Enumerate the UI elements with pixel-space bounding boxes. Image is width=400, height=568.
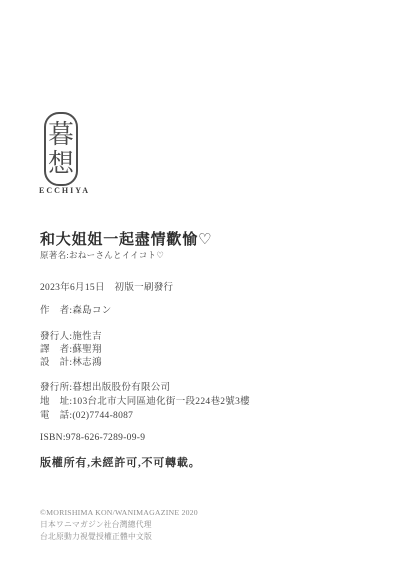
- seal-character-bottom: 想: [48, 150, 74, 178]
- copyright-line: ©MORISHIMA KON/WANIMAGAZINE 2020: [40, 507, 198, 519]
- rights-notice: 版權所有,未經許可,不可轉載。: [40, 454, 201, 470]
- translator-line: 譯 者:蘇聖翔: [40, 344, 102, 357]
- staff-block: 發行人:施性吉 譯 者:蘇聖翔 設 計:林志鴻: [40, 331, 102, 370]
- publisher-logo-caption: ECCHIYA: [39, 186, 90, 195]
- edition-date-line: 2023年6月15日 初版一刷發行: [40, 279, 173, 293]
- author-line: 作 者:森島コン: [40, 302, 112, 316]
- book-title: 和大姐姐一起盡情歡愉♡: [40, 228, 212, 249]
- publisher-line: 發行所:暮想出版股份有限公司: [40, 381, 250, 395]
- seal-character-top: 暮: [48, 121, 74, 149]
- isbn-line: ISBN:978-626-7289-09-9: [40, 433, 145, 443]
- address-line: 地 址:103台北市大同區迪化街一段224巷2號3樓: [40, 395, 250, 409]
- phone-line: 電 話:(02)7744-8087: [40, 409, 250, 423]
- issuer-line: 發行人:施性吉: [40, 331, 102, 344]
- original-title-line: 原著名:おねーさんとイイコト♡: [40, 249, 164, 261]
- designer-line: 設 計:林志鴻: [40, 357, 102, 370]
- agent-line: 日本ワニマガジン社台灣總代理: [40, 519, 198, 531]
- colophon-page: 暮 想 ECCHIYA 和大姐姐一起盡情歡愉♡ 原著名:おねーさんとイイコト♡ …: [0, 0, 400, 568]
- publisher-block: 發行所:暮想出版股份有限公司 地 址:103台北市大同區迪化街一段224巷2號3…: [40, 381, 250, 423]
- license-block: ©MORISHIMA KON/WANIMAGAZINE 2020 日本ワニマガジ…: [40, 507, 198, 543]
- publisher-seal-logo: 暮 想: [44, 112, 78, 186]
- chinese-edition-line: 台北原動力視覺授權正體中文版: [40, 531, 198, 543]
